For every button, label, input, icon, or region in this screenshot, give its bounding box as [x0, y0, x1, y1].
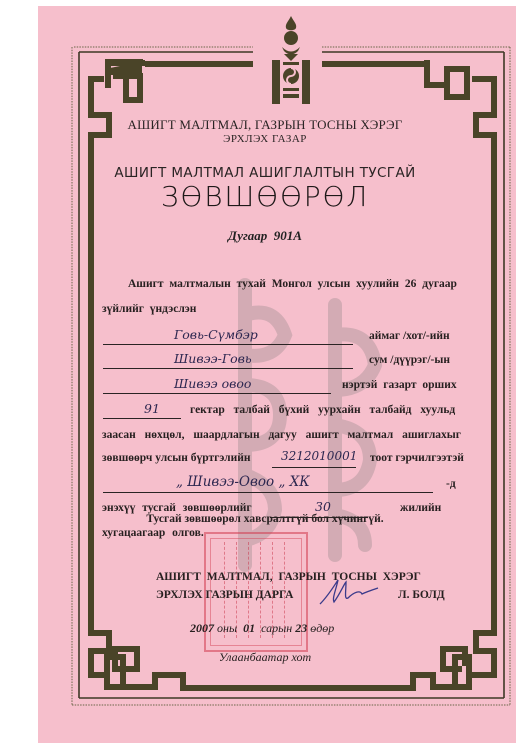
- document-subtitle: АШИГТ МАЛТМАЛ АШИГЛАЛТЫН ТУСГАЙ: [0, 165, 530, 181]
- date-day: 23: [295, 621, 307, 635]
- soyombo-emblem-icon: [270, 14, 312, 106]
- issuer-name-line1: АШИГТ МАЛТМАЛ, ГАЗРЫН ТОСНЫ ХЭРЭГ: [0, 117, 530, 133]
- area-value: 91: [144, 401, 160, 416]
- place-value: Шивээ овоо: [174, 376, 251, 391]
- date-month: 01: [243, 621, 255, 635]
- registry-label-pre: зөвшөөрч улсын бүртгэлийн: [102, 452, 250, 464]
- place-underline: [103, 393, 331, 394]
- date-year: 2007: [190, 621, 214, 635]
- sum-value: Шивээ-Говь: [174, 351, 252, 366]
- holder-value: „ Шивээ-Овоо „ ХК: [176, 474, 310, 490]
- closing-line: хугацаагаар олгов.: [102, 527, 204, 539]
- license-number-value: 901A: [274, 228, 302, 243]
- issue-date: 2007 оны 01 сарын 23 өдөр: [190, 621, 334, 636]
- conditions-line: заасан нөхцөл, шаардлагын дагуу ашигт ма…: [102, 429, 461, 441]
- sum-label: сум /дүүрэг/-ын: [369, 354, 450, 366]
- intro-line-1: Ашигт малтмалын тухай Монгол улсын хуули…: [128, 278, 457, 290]
- watermark-script: [205, 275, 405, 575]
- holder-underline: [103, 492, 433, 493]
- aimag-underline: [103, 344, 353, 345]
- date-month-label: сарын: [261, 621, 292, 635]
- signatory-name: Л. БОЛД: [398, 589, 445, 601]
- registry-label-post: тоот гэрчилгээтэй: [370, 452, 464, 464]
- aimag-label: аймаг /хот/-ийн: [369, 330, 450, 342]
- signatory-title-line2: ЭРХЛЭХ ГАЗРЫН ДАРГА: [156, 589, 293, 601]
- signature-icon: [314, 576, 384, 610]
- date-day-label: өдөр: [310, 621, 334, 635]
- validity-notice: Тусгай зөвшөөрөл хавсралтгүй бол хүчингү…: [0, 513, 530, 525]
- area-label: гектар талбай бүхий уурхайн талбайд хуул…: [190, 404, 455, 416]
- registry-underline: [272, 467, 356, 468]
- registry-value: 3212010001: [281, 449, 357, 463]
- aimag-value: Говь-Сүмбэр: [174, 327, 258, 342]
- date-year-label: оны: [217, 621, 237, 635]
- place-label: нэртэй газарт орших: [342, 379, 457, 391]
- area-underline: [103, 418, 181, 419]
- issuer-name-line2: ЭРХЛЭХ ГАЗАР: [0, 133, 530, 145]
- sum-underline: [103, 368, 353, 369]
- license-number-label: Дугаар: [228, 228, 267, 243]
- license-number: Дугаар 901A: [0, 228, 530, 244]
- issue-city: Улаанбаатар хот: [0, 650, 530, 665]
- intro-line-2: зүйлийг үндэслэн: [102, 303, 196, 315]
- document-title: ЗӨВШӨӨРӨЛ: [0, 180, 530, 213]
- holder-suffix: -д: [446, 478, 456, 490]
- term-value: 30: [315, 499, 331, 514]
